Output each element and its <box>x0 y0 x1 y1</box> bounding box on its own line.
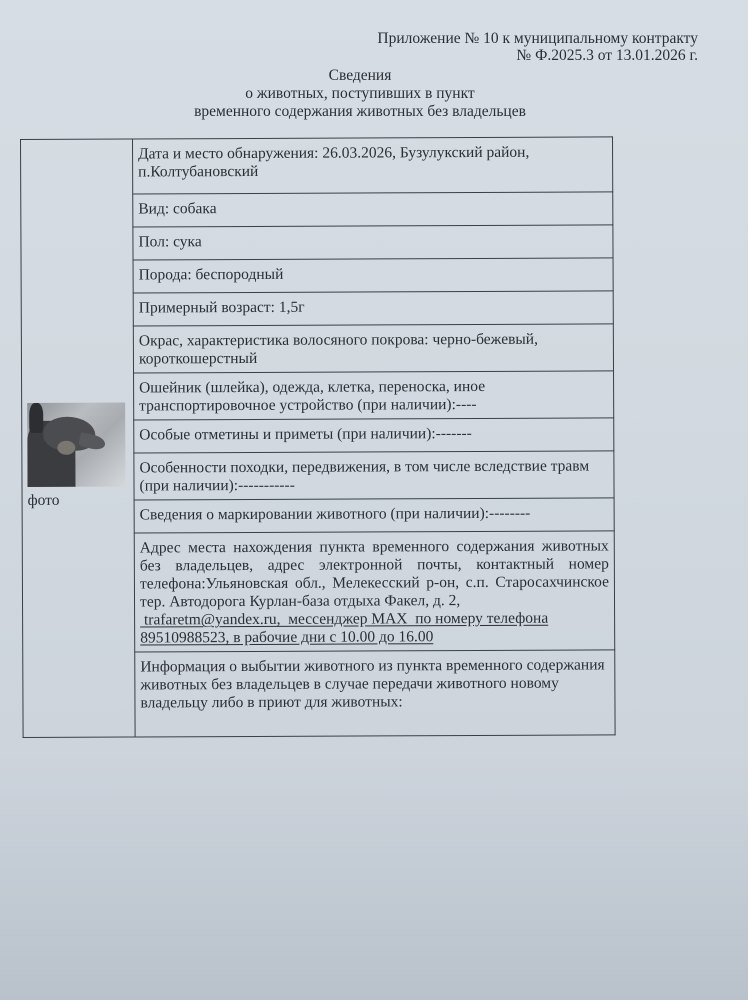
dog-tan-mark <box>57 441 75 455</box>
field-breed: Порода: беспородный <box>133 258 613 293</box>
field-marks: Особые отметины и приметы (при наличии):… <box>134 418 614 453</box>
field-coat: Окрас, характеристика волосяного покрова… <box>133 324 613 373</box>
found-line-1: Дата и место обнаружения: 26.03.2026, Бу… <box>138 143 607 163</box>
gait-line-2: (при наличии):----------- <box>139 475 608 495</box>
address-contact-email: trafaretm@yandex.ru, мессенджер MAX по н… <box>140 609 609 629</box>
photo-caption: фото <box>28 492 60 510</box>
title-line-1: Сведения <box>0 67 720 85</box>
field-marking: Сведения о маркировании животного (при н… <box>134 498 614 533</box>
gait-line-1: Особенности походки, передвижения, в том… <box>139 457 608 477</box>
collar-line-2: транспортировочное устройство (при налич… <box>139 395 608 415</box>
document-title: Сведения о животных, поступивших в пункт… <box>0 67 720 121</box>
field-gait: Особенности походки, передвижения, в том… <box>134 451 614 500</box>
field-found: Дата и место обнаружения: 26.03.2026, Бу… <box>133 137 613 194</box>
found-line-2: п.Колтубановский <box>138 161 607 181</box>
field-departure: Информация о выбытии животного из пункта… <box>135 650 615 737</box>
collar-line-1: Ошейник (шлейка), одежда, клетка, перено… <box>139 377 608 397</box>
title-line-3: временного содержания животных без владе… <box>0 103 720 121</box>
field-age: Примерный возраст: 1,5г <box>133 291 613 326</box>
animal-photo <box>27 403 125 487</box>
departure-value <box>141 710 610 732</box>
animal-record-table: фото Дата и место обнаружения: 26.03.202… <box>20 136 616 738</box>
field-collar: Ошейник (шлейка), одежда, клетка, перено… <box>134 371 614 420</box>
dog-ear-shape <box>29 403 43 433</box>
field-species: Вид: собака <box>133 192 613 227</box>
photo-cell: фото <box>21 139 136 737</box>
field-sex: Пол: сука <box>133 225 613 260</box>
document-page: Приложение № 10 к муниципальному контрак… <box>0 0 748 1000</box>
appendix-line-1: Приложение № 10 к муниципальному контрак… <box>377 30 698 47</box>
coat-line-2: короткошерстный <box>139 348 608 368</box>
address-text: Адрес места нахождения пункта временного… <box>140 537 609 611</box>
field-address: Адрес места нахождения пункта временного… <box>134 531 615 652</box>
appendix-line-2: № Ф.2025.3 от 13.01.2026 г. <box>377 47 698 64</box>
address-contact-phone: 89510988523, в рабочие дни с 10.00 до 16… <box>140 627 609 647</box>
coat-line-1: Окрас, характеристика волосяного покрова… <box>139 330 608 350</box>
dog-photo-image <box>27 403 125 487</box>
departure-text: Информация о выбытии животного из пункта… <box>140 656 609 712</box>
title-line-2: о животных, поступивших в пункт <box>0 85 720 103</box>
appendix-header: Приложение № 10 к муниципальному контрак… <box>377 30 698 64</box>
